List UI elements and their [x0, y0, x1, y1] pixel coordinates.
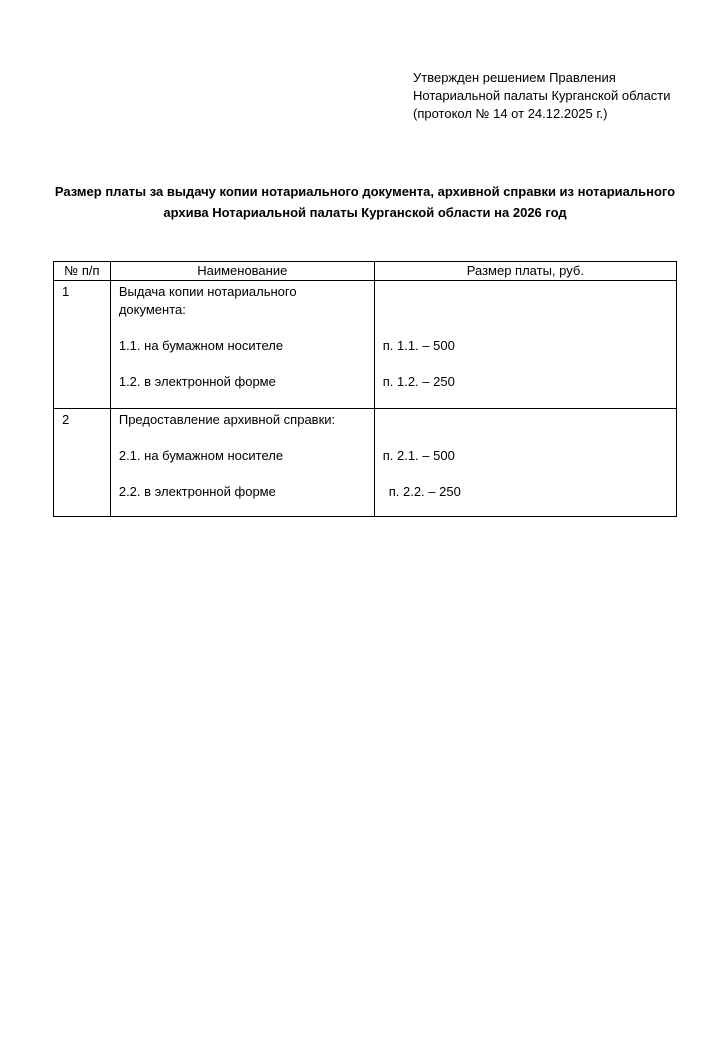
approval-line: Нотариальной палаты Курганской области — [413, 87, 671, 105]
item-fee: п. 1.1. – 500 — [383, 337, 670, 355]
table-header-row: № п/п Наименование Размер платы, руб. — [54, 262, 677, 281]
table-row: 1 Выдача копии нотариального документа: … — [54, 281, 677, 409]
approval-note: Утвержден решением Правления Нотариально… — [413, 69, 671, 123]
item-name: 1.2. в электронной форме — [119, 373, 368, 391]
row-fee: п. 1.1. – 500 п. 1.2. – 250 — [374, 281, 676, 409]
item-name: 1.1. на бумажном носителе — [119, 337, 368, 355]
row-fee: п. 2.1. – 500 п. 2.2. – 250 — [374, 409, 676, 517]
approval-line: Утвержден решением Правления — [413, 69, 671, 87]
item-fee: п. 2.2. – 250 — [383, 483, 670, 501]
title-line: архива Нотариальной палаты Курганской об… — [53, 202, 677, 223]
row-name: Предоставление архивной справки: 2.1. на… — [110, 409, 374, 517]
header-fee: Размер платы, руб. — [374, 262, 676, 281]
table-row: 2 Предоставление архивной справки: 2.1. … — [54, 409, 677, 517]
document-title: Размер платы за выдачу копии нотариально… — [53, 181, 677, 223]
header-number: № п/п — [54, 262, 111, 281]
item-name: 2.1. на бумажном носителе — [119, 447, 368, 465]
item-name: 2.2. в электронной форме — [119, 483, 368, 501]
row-name: Выдача копии нотариального документа: 1.… — [110, 281, 374, 409]
approval-line: (протокол № 14 от 24.12.2025 г.) — [413, 105, 671, 123]
row-title-line: Предоставление архивной справки: — [119, 411, 368, 429]
title-line: Размер платы за выдачу копии нотариально… — [53, 181, 677, 202]
row-number: 1 — [54, 281, 111, 409]
fees-table: № п/п Наименование Размер платы, руб. 1 … — [53, 261, 677, 517]
row-number: 2 — [54, 409, 111, 517]
row-title-line: документа: — [119, 301, 368, 319]
item-fee: п. 2.1. – 500 — [383, 447, 670, 465]
item-fee: п. 1.2. – 250 — [383, 373, 670, 391]
row-title-line: Выдача копии нотариального — [119, 283, 368, 301]
header-name: Наименование — [110, 262, 374, 281]
